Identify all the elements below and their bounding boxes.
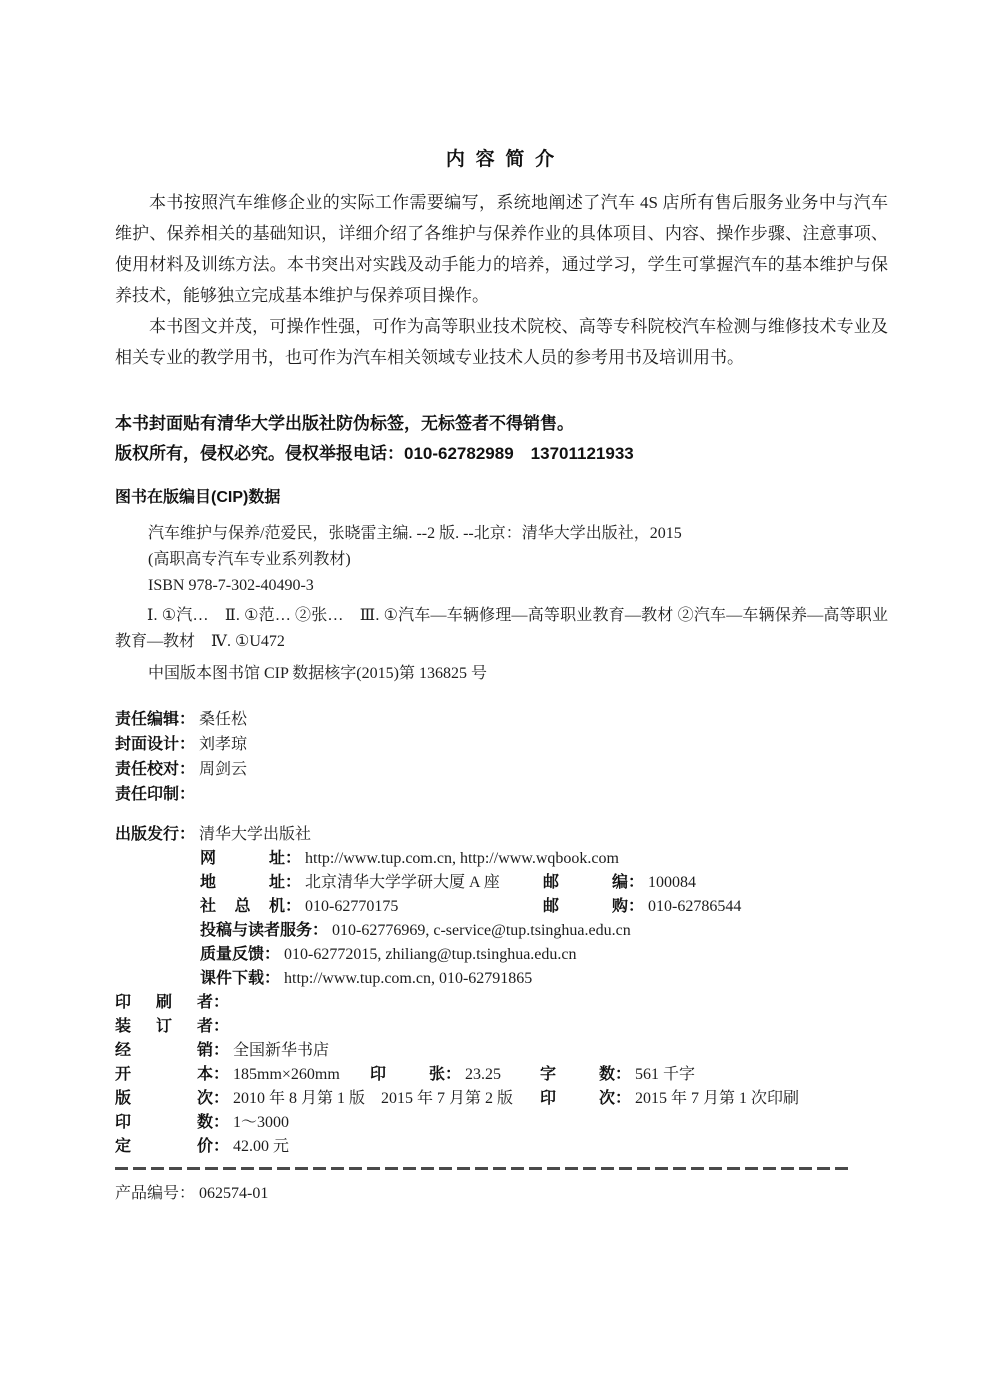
colon: ： xyxy=(213,1066,229,1083)
cip-header: 图书在版编目(CIP)数据 xyxy=(115,485,888,511)
publisher-label: 网址 xyxy=(200,847,285,871)
publisher-label: 投稿与读者服务 xyxy=(200,922,312,939)
publisher-value: http://www.tup.com.cn, 010-62791865 xyxy=(284,970,532,987)
colophon-label: 定价 xyxy=(115,1135,213,1159)
colophon-row-print-run: 印数：1～3000 xyxy=(115,1111,888,1135)
publisher-value: 010-62776969, c-service@tup.tsinghua.edu… xyxy=(332,922,631,939)
mail-order-value: 010-62786544 xyxy=(648,898,741,915)
credit-value: 桑任松 xyxy=(199,711,247,728)
colon: ： xyxy=(615,1090,631,1107)
publisher-row-website: 网址：http://www.tup.com.cn, http://www.wqb… xyxy=(115,847,888,871)
colon: ： xyxy=(285,898,301,915)
colon: ： xyxy=(628,874,644,891)
cip-block: 图书在版编目(CIP)数据 汽车维护与保养/范爱民，张晓雷主编. --2 版. … xyxy=(115,485,888,687)
cip-title-line: 汽车维护与保养/范爱民，张晓雷主编. --2 版. --北京：清华大学出版社，2… xyxy=(148,521,888,547)
colophon-value: 2010 年 8 月第 1 版 2015 年 7 月第 2 版 xyxy=(233,1090,513,1107)
publisher-row-publisher: 出版发行：清华大学出版社 xyxy=(115,823,888,847)
publisher-value: 010-62772015, zhiliang@tup.tsinghua.edu.… xyxy=(284,946,576,963)
colon: ： xyxy=(179,736,195,753)
colophon-value: 1～3000 xyxy=(233,1114,289,1131)
product-number-row: 产品编号：062574-01 xyxy=(115,1182,888,1206)
publisher-label: 地址 xyxy=(200,871,285,895)
colophon-row-price: 定价：42.00 元 xyxy=(115,1135,888,1159)
colophon-label: 装订者 xyxy=(115,1015,213,1039)
colophon-value: 全国新华书店 xyxy=(233,1042,329,1059)
colon: ： xyxy=(179,1185,195,1202)
publisher-row-reader-service: 投稿与读者服务：010-62776969, c-service@tup.tsin… xyxy=(115,919,888,943)
cip-record-number: 中国版本图书馆 CIP 数据核字(2015)第 136825 号 xyxy=(115,661,888,687)
colon: ： xyxy=(213,1138,229,1155)
mail-order-column: 邮购：010-62786544 xyxy=(543,895,741,919)
colophon-row-printer: 印刷者： xyxy=(115,991,888,1015)
copyright-page: 内 容 简 介 本书按照汽车维修企业的实际工作需要编写，系统地阐述了汽车 4S … xyxy=(0,0,1000,1392)
product-number-label: 产品编号 xyxy=(115,1185,179,1202)
credit-value: 周剑云 xyxy=(199,761,247,778)
colon: ： xyxy=(213,1042,229,1059)
publisher-value: http://www.tup.com.cn, http://www.wqbook… xyxy=(305,850,619,867)
anti-piracy-notice: 本书封面贴有清华大学出版社防伪标签，无标签者不得销售。 版权所有，侵权必究。侵权… xyxy=(115,409,888,469)
colon: ： xyxy=(213,1114,229,1131)
publisher-row-courseware-download: 课件下载：http://www.tup.com.cn, 010-62791865 xyxy=(115,967,888,991)
credit-row-proofreader: 责任校对：周剑云 xyxy=(115,757,888,782)
word-count-column: 字数：561 千字 xyxy=(540,1063,695,1087)
word-count-value: 561 千字 xyxy=(635,1066,695,1083)
intro-paragraph-2: 本书图文并茂，可操作性强，可作为高等职业技术院校、高等专科院校汽车检测与维修技术… xyxy=(115,311,888,373)
postcode-column: 邮编：100084 xyxy=(543,871,696,895)
credit-row-editor: 责任编辑：桑任松 xyxy=(115,707,888,732)
credit-label: 责任编辑 xyxy=(115,711,179,728)
publisher-value: 清华大学出版社 xyxy=(199,826,311,843)
publisher-row-quality-feedback: 质量反馈：010-62772015, zhiliang@tup.tsinghua… xyxy=(115,943,888,967)
colon: ： xyxy=(285,874,301,891)
publisher-label: 质量反馈 xyxy=(200,946,264,963)
credit-label: 责任印制 xyxy=(115,786,179,803)
mail-order-label: 邮购 xyxy=(543,895,628,919)
colophon-row-edition: 版次：2010 年 8 月第 1 版 2015 年 7 月第 2 版 印次：20… xyxy=(115,1087,888,1111)
colophon-row-format: 开本：185mm×260mm 印张：23.25 字数：561 千字 xyxy=(115,1063,888,1087)
page-title: 内 容 简 介 xyxy=(115,144,888,171)
postcode-label: 邮编 xyxy=(543,871,628,895)
colophon-value: 42.00 元 xyxy=(233,1138,289,1155)
cip-classification: Ⅰ. ①汽… Ⅱ. ①范… ②张… Ⅲ. ①汽车—车辆修理—高等职业教育—教材 … xyxy=(115,603,888,655)
dashed-separator xyxy=(115,1167,848,1170)
notice-line-2: 版权所有，侵权必究。侵权举报电话：010-62782989 1370112193… xyxy=(115,439,888,469)
credit-label: 封面设计 xyxy=(115,736,179,753)
colophon-label: 印刷者 xyxy=(115,991,213,1015)
sheets-value: 23.25 xyxy=(465,1066,501,1083)
colon: ： xyxy=(312,922,328,939)
sheets-column: 印张：23.25 xyxy=(370,1063,501,1087)
colon: ： xyxy=(179,761,195,778)
sheets-label: 印张 xyxy=(370,1063,445,1087)
publisher-label: 社总机 xyxy=(200,895,285,919)
impression-value: 2015 年 7 月第 1 次印刷 xyxy=(635,1090,799,1107)
cip-series-line: (高职高专汽车专业系列教材) xyxy=(148,547,888,573)
colon: ： xyxy=(179,786,195,803)
colophon-label: 版次 xyxy=(115,1087,213,1111)
publisher-value: 北京清华大学学研大厦 A 座 xyxy=(305,874,500,891)
impression-label: 印次 xyxy=(540,1087,615,1111)
notice-line-1: 本书封面贴有清华大学出版社防伪标签，无标签者不得销售。 xyxy=(115,409,888,439)
colophon-row-distributor: 经销：全国新华书店 xyxy=(115,1039,888,1063)
colon: ： xyxy=(213,1018,229,1035)
publisher-value: 010-62770175 xyxy=(305,898,398,915)
colophon-label: 印数 xyxy=(115,1111,213,1135)
publisher-block: 出版发行：清华大学出版社 网址：http://www.tup.com.cn, h… xyxy=(115,823,888,1159)
colon: ： xyxy=(445,1066,461,1083)
colon: ： xyxy=(264,970,280,987)
intro-paragraph-1: 本书按照汽车维修企业的实际工作需要编写，系统地阐述了汽车 4S 店所有售后服务业… xyxy=(115,187,888,311)
cip-isbn-line: ISBN 978-7-302-40490-3 xyxy=(148,573,888,599)
colophon-label: 开本 xyxy=(115,1063,213,1087)
publisher-label: 出版发行 xyxy=(115,826,179,843)
product-number-value: 062574-01 xyxy=(199,1185,268,1202)
publisher-row-switchboard: 社总机：010-62770175 邮购：010-62786544 xyxy=(115,895,888,919)
colon: ： xyxy=(264,946,280,963)
colophon-row-binder: 装订者： xyxy=(115,1015,888,1039)
colon: ： xyxy=(213,994,229,1011)
colon: ： xyxy=(285,850,301,867)
credit-value: 刘孝琼 xyxy=(199,736,247,753)
colon: ： xyxy=(628,898,644,915)
credit-row-cover-design: 封面设计：刘孝琼 xyxy=(115,732,888,757)
impression-column: 印次：2015 年 7 月第 1 次印刷 xyxy=(540,1087,799,1111)
cip-body: 汽车维护与保养/范爱民，张晓雷主编. --2 版. --北京：清华大学出版社，2… xyxy=(115,521,888,599)
colophon-label: 经销 xyxy=(115,1039,213,1063)
colophon-value: 185mm×260mm xyxy=(233,1066,340,1083)
colon: ： xyxy=(179,711,195,728)
colon: ： xyxy=(179,826,195,843)
credit-row-print-supervisor: 责任印制： xyxy=(115,782,888,807)
colon: ： xyxy=(213,1090,229,1107)
publisher-label: 课件下载 xyxy=(200,970,264,987)
staff-credits: 责任编辑：桑任松 封面设计：刘孝琼 责任校对：周剑云 责任印制： xyxy=(115,707,888,807)
colon: ： xyxy=(615,1066,631,1083)
publisher-row-address: 地址：北京清华大学学研大厦 A 座 邮编：100084 xyxy=(115,871,888,895)
credit-label: 责任校对 xyxy=(115,761,179,778)
word-count-label: 字数 xyxy=(540,1063,615,1087)
postcode-value: 100084 xyxy=(648,874,696,891)
